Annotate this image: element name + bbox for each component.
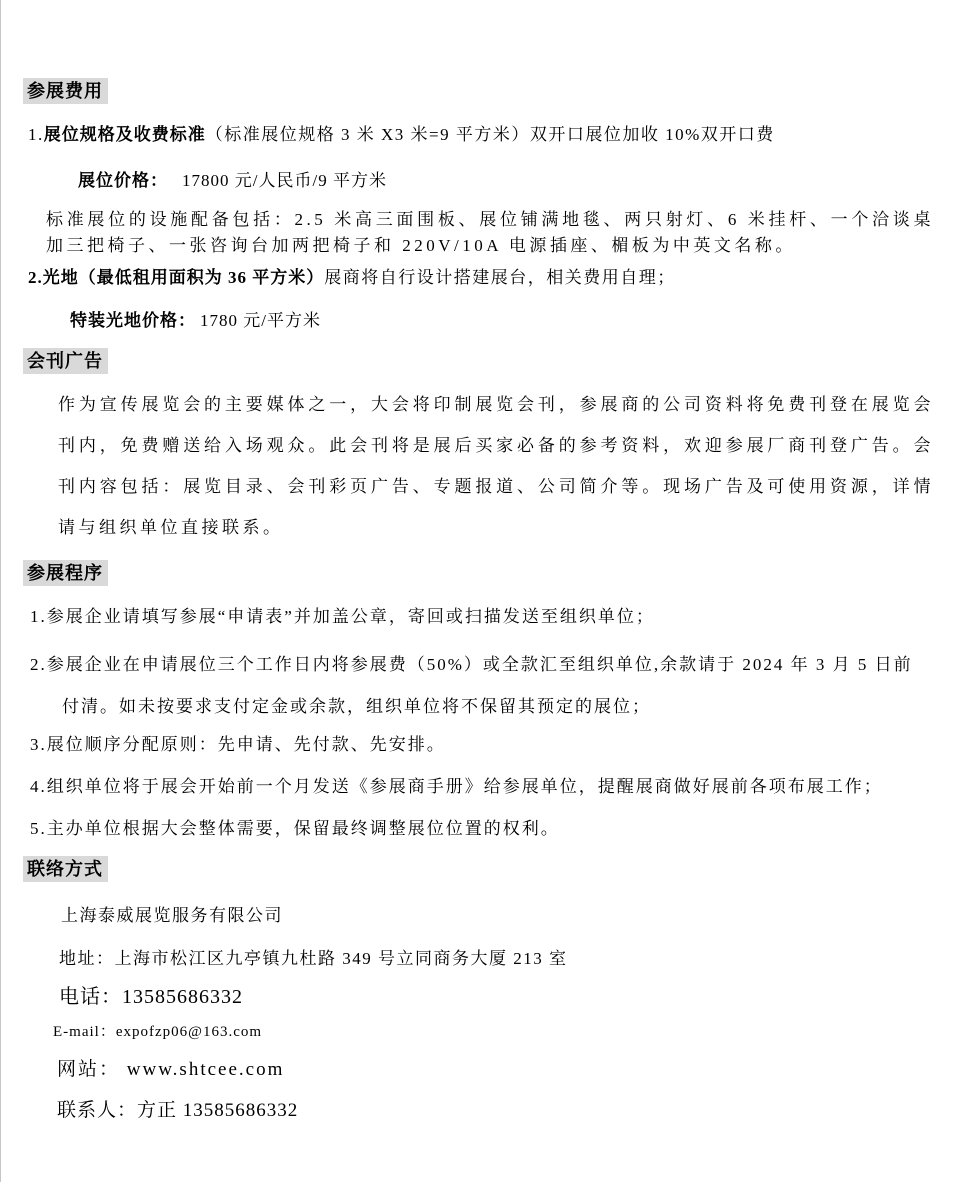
- procedure-line: 2.参展企业在申请展位三个工作日内将参展费（50%）或全款汇至组织单位,余款请于…: [30, 652, 970, 678]
- website-line: 网站： www.shtcee.com: [57, 1057, 970, 1083]
- email-line: E-mail：expofzp06@163.com: [53, 1022, 970, 1042]
- raw-space-price-value: 1780 元/平方米: [200, 311, 321, 330]
- booth-price-line: 展位价格：17800 元/人民币/9 平方米: [78, 170, 970, 192]
- procedure-heading: 参展程序: [23, 560, 108, 586]
- booth-price-value: 17800 元/人民币/9 平方米: [182, 171, 387, 190]
- address-line: 地址：上海市松江区九亭镇九杜路 349 号立同商务大厦 213 室: [59, 947, 970, 971]
- booth-spec-title: 展位规格及收费标准: [44, 125, 206, 144]
- procedure-list: 1.参展企业请填写参展“申请表”并加盖公章，寄回或扫描发送至组织单位；2.参展企…: [0, 604, 970, 842]
- phone-line: 电话：13585686332: [59, 983, 970, 1011]
- booth-spec-detail: （标准展位规格 3 米 X3 米=9 平方米）双开口展位加收 10%双开口费: [206, 125, 775, 144]
- booth-price-label: 展位价格：: [78, 171, 168, 190]
- journal-heading: 会刊广告: [23, 348, 108, 374]
- raw-space-line: 2.光地（最低租用面积为 36 平方米）展商将自行设计搭建展台，相关费用自理；: [28, 267, 970, 289]
- document-page: 参展费用 1.展位规格及收费标准（标准展位规格 3 米 X3 米=9 平方米）双…: [0, 0, 970, 1124]
- raw-space-detail: 展商将自行设计搭建展台，相关费用自理；: [324, 268, 676, 287]
- fees-section: 参展费用 1.展位规格及收费标准（标准展位规格 3 米 X3 米=9 平方米）双…: [0, 78, 970, 332]
- procedure-line: 付清。如未按要求支付定金或余款，组织单位将不保留其预定的展位；: [62, 694, 970, 720]
- procedure-line: 4.组织单位将于展会开始前一个月发送《参展商手册》给参展单位，提醒展商做好展前各…: [30, 774, 970, 800]
- contact-section: 联络方式 上海泰威展览服务有限公司 地址：上海市松江区九亭镇九杜路 349 号立…: [0, 856, 970, 1124]
- journal-section: 会刊广告 作为宣传展览会的主要媒体之一，大会将印制展览会刊，参展商的公司资料将免…: [0, 348, 970, 548]
- company-name: 上海泰威展览服务有限公司: [61, 904, 970, 928]
- procedure-line: 3.展位顺序分配原则：先申请、先付款、先安排。: [30, 732, 970, 758]
- page-left-edge-line: [0, 0, 1, 1182]
- procedure-line: 1.参展企业请填写参展“申请表”并加盖公章，寄回或扫描发送至组织单位；: [30, 604, 970, 630]
- fees-heading: 参展费用: [23, 78, 108, 104]
- contact-person-line: 联系人：方正 13585686332: [57, 1098, 970, 1124]
- raw-space-price-line: 特装光地价格：1780 元/平方米: [70, 310, 970, 332]
- procedure-section: 参展程序 1.参展企业请填写参展“申请表”并加盖公章，寄回或扫描发送至组织单位；…: [0, 560, 970, 842]
- raw-space-title: 2.光地（最低租用面积为 36 平方米）: [28, 268, 324, 287]
- procedure-line: 5.主办单位根据大会整体需要，保留最终调整展位位置的权利。: [30, 816, 970, 842]
- raw-space-price-label: 特装光地价格：: [70, 311, 196, 330]
- journal-paragraph: 作为宣传展览会的主要媒体之一，大会将印制展览会刊，参展商的公司资料将免费刊登在展…: [58, 384, 934, 548]
- contact-heading: 联络方式: [23, 856, 108, 882]
- document-body: { "colors": { "background": "#ffffff", "…: [0, 0, 970, 1182]
- booth-facilities-paragraph: 标准展位的设施配备包括：2.5 米高三面围板、展位铺满地毯、两只射灯、6 米挂杆…: [46, 207, 934, 259]
- booth-spec-line: 1.展位规格及收费标准（标准展位规格 3 米 X3 米=9 平方米）双开口展位加…: [28, 124, 970, 146]
- booth-spec-number: 1.: [28, 125, 44, 144]
